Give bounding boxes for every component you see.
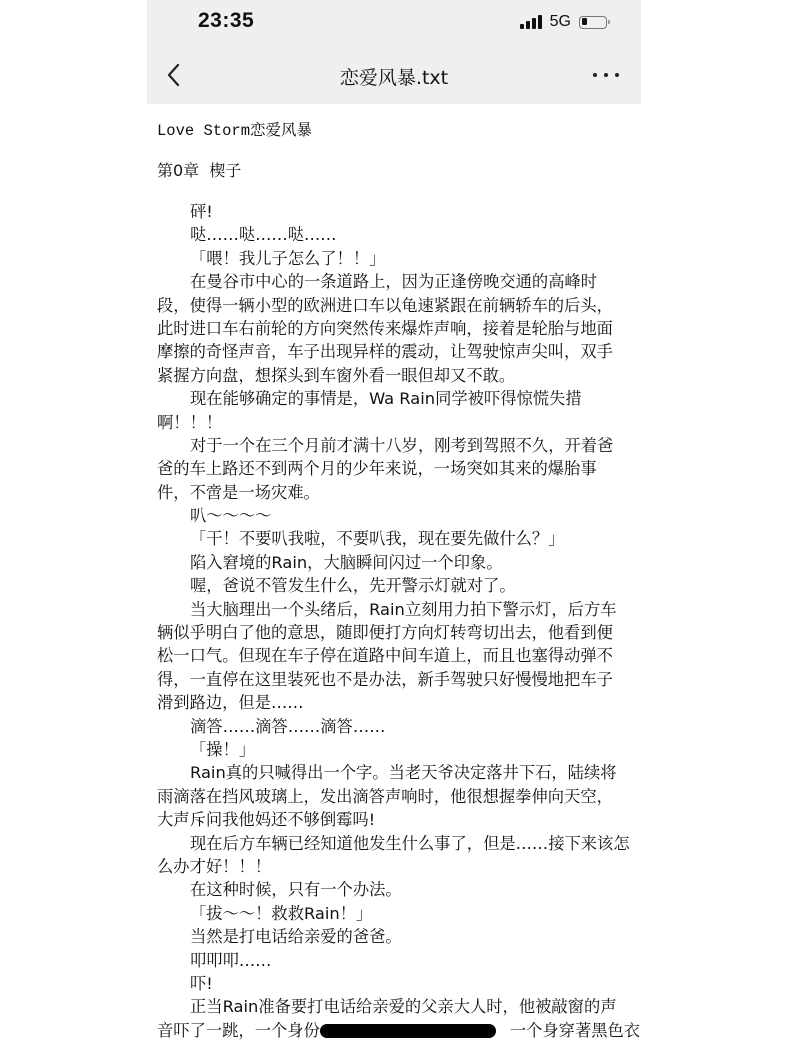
text-line: 滑到路边，但是…… xyxy=(157,691,629,714)
text-line: 雨滴落在挡风玻璃上，发出滴答声响时，他很想握拳伸向天空， xyxy=(157,785,629,808)
text-line: 喔，爸说不管发生什么，先开警示灯就对了。 xyxy=(157,574,629,597)
text-line: 爸的车上路还不到两个月的少年来说，一场突如其来的爆胎事 xyxy=(157,457,629,480)
text-line: 得，一直停在这里装死也不是办法，新手驾驶只好慢慢地把车子 xyxy=(157,668,629,691)
text-line: 正当Rain准备要打电话给亲爱的父亲大人时，他被敲窗的声 xyxy=(157,995,629,1018)
document-title: Love Storm恋爱风暴 xyxy=(157,118,312,140)
status-indicators: 5G xyxy=(520,12,607,32)
text-line: 当大脑理出一个头绪后，Rain立刻用力拍下警示灯，后方车 xyxy=(157,598,629,621)
text-line: 啊！！！ xyxy=(157,411,629,434)
document-title-cjk: 恋爱风暴 xyxy=(250,121,312,139)
text-line: 在这种时候，只有一个办法。 xyxy=(157,878,629,901)
file-title: 恋爱风暴.txt xyxy=(147,63,641,90)
text-line: 当然是打电话给亲爱的爸爸。 xyxy=(157,925,629,948)
text-line: 件，不啻是一场灾难。 xyxy=(157,481,629,504)
text-line: 砰! xyxy=(157,200,629,223)
text-line: Rain真的只喊得出一个字。当老天爷决定落井下石，陆续将 xyxy=(157,761,629,784)
more-button[interactable] xyxy=(593,68,619,82)
signal-bars-icon xyxy=(520,15,542,29)
text-line: 松一口气。但现在车子停在道路中间车道上，而且也塞得动弹不 xyxy=(157,644,629,667)
redaction-bar xyxy=(320,1024,496,1038)
text-line: 陷入窘境的Rain，大脑瞬间闪过一个印象。 xyxy=(157,551,629,574)
text-line: 现在能够确定的事情是，Wa Rain同学被吓得惊慌失措 xyxy=(157,387,629,410)
more-horizontal-icon xyxy=(593,73,597,77)
text-line: 此时进口车右前轮的方向突然传来爆炸声响，接着是轮胎与地面 xyxy=(157,317,629,340)
text-line: 段，使得一辆小型的欧洲进口车以龟速紧跟在前辆轿车的后头， xyxy=(157,294,629,317)
text-line: 在曼谷市中心的一条道路上，因为正逢傍晚交通的高峰时 xyxy=(157,270,629,293)
phone-screen: 23:35 5G 恋爱风暴.txt Love S xyxy=(147,0,641,1051)
status-time: 23:35 xyxy=(198,9,254,33)
battery-low-icon xyxy=(579,16,607,29)
text-line: 滴答……滴答……滴答…… xyxy=(157,715,629,738)
text-line: 吓! xyxy=(157,972,629,995)
top-bar: 23:35 5G 恋爱风暴.txt xyxy=(147,0,641,104)
text-line: 么办才好！！！ xyxy=(157,855,629,878)
text-line: 摩擦的奇怪声音，车子出现异样的震动，让驾驶惊声尖叫，双手 xyxy=(157,340,629,363)
network-type: 5G xyxy=(550,13,571,31)
text-line: 现在后方车辆已经知道他发生什么事了，但是……接下来该怎 xyxy=(157,832,629,855)
text-line: 大声斥问我他妈还不够倒霉吗! xyxy=(157,808,629,831)
text-line: 紧握方向盘，想探头到车窗外看一眼但却又不敢。 xyxy=(157,364,629,387)
text-line: 对于一个在三个月前才满十八岁，刚考到驾照不久，开着爸 xyxy=(157,434,629,457)
text-line: 「喂！我儿子怎么了！！」 xyxy=(157,247,629,270)
text-line-partial: 音吓了一跳，一个身份一个身穿著黑色衣 xyxy=(157,1019,629,1042)
partial-text-before: 音吓了一跳，一个身份 xyxy=(157,1021,320,1040)
text-line: 「操！」 xyxy=(157,738,629,761)
text-line: 「拔～～！救救Rain！」 xyxy=(157,902,629,925)
text-line: 「干！不要叭我啦，不要叭我，现在要先做什么？」 xyxy=(157,527,629,550)
chapter-body: 砰!哒……哒……哒……「喂！我儿子怎么了！！」在曼谷市中心的一条道路上，因为正逢… xyxy=(157,200,629,1042)
chapter-heading: 第0章 楔子 xyxy=(157,158,241,181)
document-title-latin: Love Storm xyxy=(157,122,250,140)
partial-text-after: 一个身穿著黑色衣 xyxy=(510,1021,640,1040)
text-line: 哒……哒……哒…… xyxy=(157,223,629,246)
text-line: 叩叩叩…… xyxy=(157,949,629,972)
text-line: 叭～～～～ xyxy=(157,504,629,527)
text-line: 辆似乎明白了他的意思，随即便打方向灯转弯切出去，他看到便 xyxy=(157,621,629,644)
